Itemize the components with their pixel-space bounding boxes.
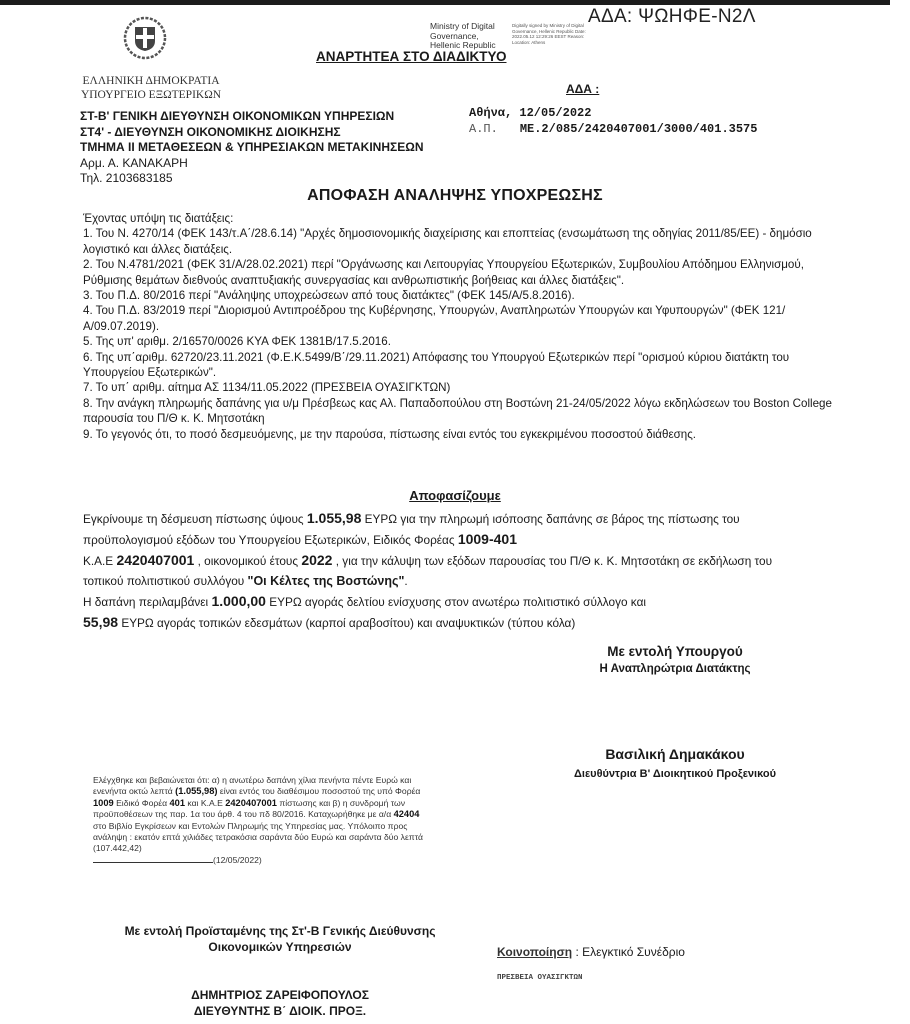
kae-code: 2420407001 bbox=[116, 552, 194, 568]
director-block: ΔΗΜΗΤΡΙΟΣ ΖΑΡΕΙΦΟΠΟΥΛΟΣ ΔΙΕΥΘΥΝΤΗΣ Β΄ ΔΙ… bbox=[80, 987, 480, 1019]
provision-item: 4. Του Π.Δ. 83/2019 περί "Διορισμού Αντι… bbox=[83, 303, 843, 334]
signatory-order: Με εντολή Υπουργού Η Αναπληρώτρια Διατάκ… bbox=[520, 643, 830, 677]
provision-item: 8. Την ανάγκη πληρωμής δαπάνης για υ/μ Π… bbox=[83, 396, 843, 427]
financial-order: Με εντολή Προϊσταμένης της Στ'-Β Γενικής… bbox=[80, 923, 480, 955]
cc-line: Κοινοποίηση : Ελεγκτικό Συνέδριο bbox=[497, 945, 685, 959]
special-body: 1009-401 bbox=[458, 531, 517, 547]
verification-date: (12/05/2022) bbox=[213, 855, 262, 865]
support-amount: 1.000,00 bbox=[211, 593, 266, 609]
decision-paragraph-1: Εγκρίνουμε τη δέσμευση πίστωσης ύψους 1.… bbox=[83, 508, 803, 591]
provision-item: 9. Το γεγονός ότι, το ποσό δεσμευόμενης,… bbox=[83, 427, 843, 442]
decision-heading: Αποφασίζουμε bbox=[0, 488, 910, 503]
signature-detail: Digitally signed by Ministry of Digital … bbox=[512, 23, 592, 45]
director-name: ΔΗΜΗΤΡΙΟΣ ΖΑΡΕΙΦΟΠΟΥΛΟΣ bbox=[80, 987, 480, 1003]
republic-label: ΕΛΛΗΝΙΚΗ ΔΗΜΟΚΡΑΤΙΑ bbox=[66, 74, 236, 88]
cc-embassy: ΠΡΕΣΒΕΙΑ ΟΥΑΣΙΓΚΤΩΝ bbox=[497, 974, 583, 982]
provisions-list: Έχοντας υπόψη τις διατάξεις: 1. Του Ν. 4… bbox=[83, 211, 843, 442]
provision-item: 1. Του Ν. 4270/14 (ΦΕΚ 143/τ.Α΄/28.6.14)… bbox=[83, 226, 843, 257]
place-date: Αθήνα, 12/05/2022 bbox=[469, 106, 591, 120]
issuer-block: ΕΛΛΗΝΙΚΗ ΔΗΜΟΚΡΑΤΙΑ ΥΠΟΥΡΓΕΙΟ ΕΞΩΤΕΡΙΚΩΝ bbox=[66, 74, 236, 102]
protocol-number: Α.Π.ΜΕ.2/085/2420407001/3000/401.3575 bbox=[469, 122, 757, 136]
ada-code: ΑΔΑ: ΨΩΗΦΕ-Ν2Λ bbox=[588, 6, 756, 28]
department-line: ΤΜΗΜΑ ΙΙ ΜΕΤΑΘΕΣΕΩΝ & ΥΠΗΡΕΣΙΑΚΩΝ ΜΕΤΑΚΙ… bbox=[80, 140, 423, 156]
signatory-name: Βασιλική Δημακάκου bbox=[520, 742, 830, 766]
signature-line bbox=[93, 862, 213, 863]
post-online-label: ΑΝΑΡΤΗΤΕΑ ΣΤΟ ΔΙΑΔΙΚΤΥΟ bbox=[316, 49, 507, 64]
department-block: ΣΤ-Β' ΓΕΝΙΚΗ ΔΙΕΥΘΥΝΣΗ ΟΙΚΟΝΟΜΙΚΩΝ ΥΠΗΡΕ… bbox=[80, 109, 423, 187]
signatory-name-block: Βασιλική Δημακάκου Διευθύντρια Β' Διοικη… bbox=[520, 742, 830, 782]
provision-item: 6. Της υπ΄αριθμ. 62720/23.11.2021 (Φ.Ε.Κ… bbox=[83, 350, 843, 381]
decision-paragraph-2: Η δαπάνη περιλαμβάνει 1.000,00 ΕΥΡΩ αγορ… bbox=[83, 591, 803, 633]
phone: Τηλ. 2103683185 bbox=[80, 171, 423, 187]
total-amount: 1.055,98 bbox=[307, 510, 362, 526]
signatory-title: Διευθύντρια Β' Διοικητικού Προξενικού bbox=[520, 766, 830, 782]
provision-item: 7. Το υπ΄ αριθμ. αίτημα ΑΣ 1134/11.05.20… bbox=[83, 380, 843, 395]
responsible-person: Αρμ. Α. ΚΑΝΑΚΑΡΗ bbox=[80, 156, 423, 172]
document-title: ΑΠΟΦΑΣΗ ΑΝΑΛΗΨΗΣ ΥΠΟΧΡΕΩΣΗΣ bbox=[0, 187, 910, 205]
fiscal-year: 2022 bbox=[301, 552, 332, 568]
provisions-intro: Έχοντας υπόψη τις διατάξεις: bbox=[83, 211, 843, 226]
ministry-label: ΥΠΟΥΡΓΕΙΟ ΕΞΩΤΕΡΙΚΩΝ bbox=[66, 88, 236, 102]
provision-item: 2. Του Ν.4781/2021 (ΦΕΚ 31/Α/28.02.2021)… bbox=[83, 257, 843, 288]
top-dark-bar bbox=[0, 0, 890, 5]
verification-note: Ελέγχθηκε και βεβαιώνεται ότι: α) η ανωτ… bbox=[93, 775, 433, 866]
association-name: "Οι Κέλτες της Βοστώνης" bbox=[248, 574, 405, 588]
food-amount: 55,98 bbox=[83, 614, 118, 630]
decision-body: Εγκρίνουμε τη δέσμευση πίστωσης ύψους 1.… bbox=[83, 508, 803, 633]
department-line: ΣΤ-Β' ΓΕΝΙΚΗ ΔΙΕΥΘΥΝΣΗ ΟΙΚΟΝΟΜΙΚΩΝ ΥΠΗΡΕ… bbox=[80, 109, 423, 125]
provision-item: 5. Της υπ' αριθμ. 2/16570/0026 ΚΥΑ ΦΕΚ 1… bbox=[83, 334, 843, 349]
department-line: ΣΤ4' - ΔΙΕΥΘΥΝΣΗ ΟΙΚΟΝΟΜΙΚΗΣ ΔΙΟΙΚΗΣΗΣ bbox=[80, 125, 423, 141]
greek-coat-of-arms-icon bbox=[123, 16, 167, 60]
digital-signature-stamp: Ministry of Digital Governance, Hellenic… bbox=[430, 22, 496, 51]
director-title: ΔΙΕΥΘΥΝΤΗΣ Β΄ ΔΙΟΙΚ. ΠΡΟΞ. bbox=[80, 1003, 480, 1019]
ada-label: ΑΔΑ : bbox=[566, 82, 599, 96]
provision-item: 3. Του Π.Δ. 80/2016 περί "Ανάληψης υποχρ… bbox=[83, 288, 843, 303]
